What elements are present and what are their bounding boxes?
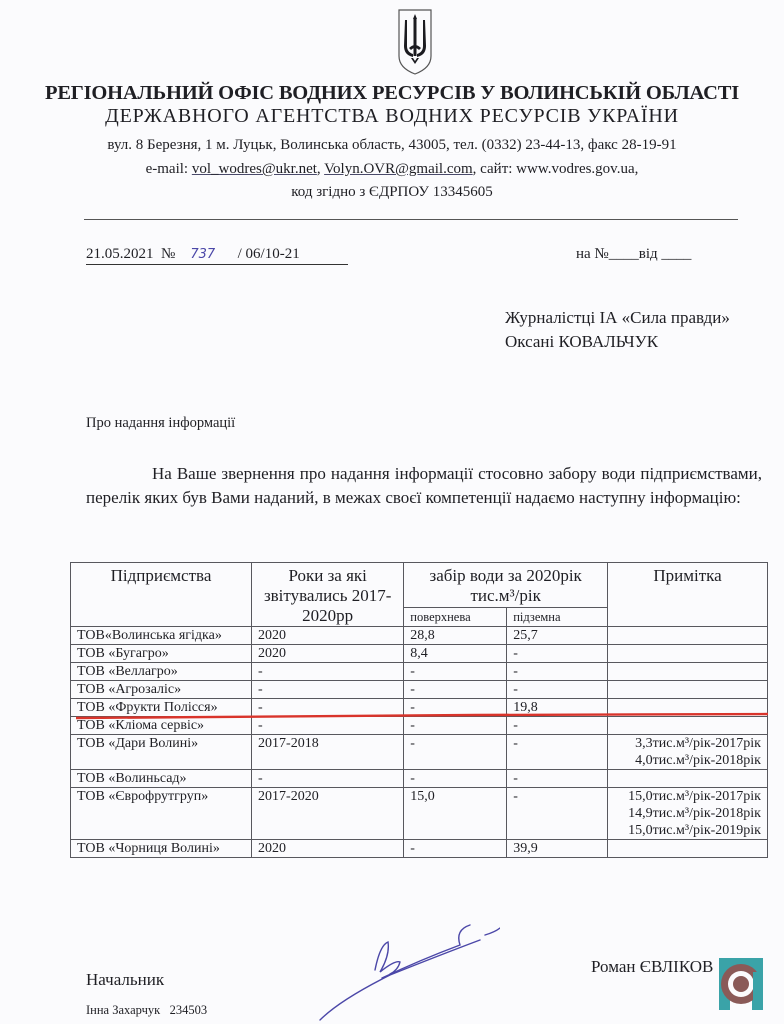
cell-years: -: [252, 663, 404, 681]
note-line: 3,3тис.м³/рік-2017рік: [614, 735, 761, 752]
header-intake-unit: тис.м³/рік: [470, 586, 540, 605]
publisher-logo-icon: [711, 950, 771, 1010]
cell-surface: 28,8: [404, 627, 507, 645]
header-intake-title: забір води за 2020рік: [430, 566, 582, 585]
email-label: e-mail:: [146, 161, 192, 177]
executor-info: Інна Захарчук 234503: [86, 1003, 207, 1018]
cell-company: ТОВ «Чорниця Волині»: [71, 840, 252, 858]
cell-note: [608, 840, 768, 858]
cell-surface: -: [404, 663, 507, 681]
cell-underground: -: [507, 645, 608, 663]
cell-underground: 25,7: [507, 627, 608, 645]
handwritten-signature: [300, 900, 500, 1024]
cell-surface: -: [404, 840, 507, 858]
cell-underground: -: [507, 735, 608, 770]
header-years: Роки за які звітувались 2017-2020рр: [252, 563, 404, 627]
website-text: , сайт: www.vodres.gov.ua,: [473, 161, 639, 177]
cell-note: [608, 681, 768, 699]
table-row: ТОВ «Чорниця Волині»2020-39,9: [71, 840, 768, 858]
cell-surface: -: [404, 770, 507, 788]
cell-underground: -: [507, 788, 608, 840]
number-sign: №: [161, 246, 175, 262]
cell-company: ТОВ «Дари Волині»: [71, 735, 252, 770]
cell-years: 2017-2020: [252, 788, 404, 840]
cell-company: ТОВ «Агрозаліс»: [71, 681, 252, 699]
cell-years: 2020: [252, 645, 404, 663]
table-row: ТОВ «Агрозаліс»---: [71, 681, 768, 699]
cell-note: 3,3тис.м³/рік-2017рік4,0тис.м³/рік-2018р…: [608, 735, 768, 770]
cell-years: 2017-2018: [252, 735, 404, 770]
header-underground: підземна: [507, 607, 608, 626]
letter-body: На Ваше звернення про надання інформації…: [86, 462, 762, 509]
cell-years: 2020: [252, 840, 404, 858]
note-line: 15,0тис.м³/рік-2019рік: [614, 822, 761, 839]
cell-underground: -: [507, 770, 608, 788]
org-name-line1: РЕГІОНАЛЬНИЙ ОФІС ВОДНИХ РЕСУРСІВ У ВОЛИ…: [0, 82, 784, 105]
ukraine-trident-icon: [397, 8, 433, 76]
org-contacts: e-mail: vol_wodres@ukr.net, Volyn.OVR@gm…: [0, 161, 784, 178]
handwritten-number: 737: [190, 247, 215, 262]
cell-underground: -: [507, 663, 608, 681]
cell-note: [608, 627, 768, 645]
header-divider: [84, 219, 738, 220]
red-highlight-stroke: [76, 712, 768, 720]
cell-surface: -: [404, 735, 507, 770]
signer-position: Начальник: [86, 970, 164, 990]
table-body: ТОВ«Волинська ягідка»202028,825,7ТОВ «Бу…: [71, 627, 768, 858]
header-company: Підприємства: [71, 563, 252, 627]
email-link-2[interactable]: Volyn.OVR@gmail.com: [324, 161, 473, 177]
addressee: Журналістці ІА «Сила правди» Оксані КОВА…: [505, 306, 730, 354]
cell-underground: 39,9: [507, 840, 608, 858]
registration-number: 21.05.2021 № 737 / 06/10-21: [86, 246, 300, 263]
cell-company: ТОВ «Бугагро»: [71, 645, 252, 663]
addressee-line2: Оксані КОВАЛЬЧУК: [505, 330, 730, 354]
table-row: ТОВ«Волинська ягідка»202028,825,7: [71, 627, 768, 645]
cell-note: [608, 770, 768, 788]
cell-company: ТОВ «Веллагро»: [71, 663, 252, 681]
org-name-line2: ДЕРЖАВНОГО АГЕНТСТВА ВОДНИХ РЕСУРСІВ УКР…: [0, 105, 784, 128]
addressee-line1: Журналістці ІА «Сила правди»: [505, 306, 730, 330]
note-line: 15,0тис.м³/рік-2017рік: [614, 788, 761, 805]
cell-years: -: [252, 770, 404, 788]
edrpou-code: код згідно з ЄДРПОУ 13345605: [0, 184, 784, 201]
header-note: Примітка: [608, 563, 768, 627]
cell-underground: -: [507, 681, 608, 699]
letter-subject: Про надання інформації: [86, 415, 235, 432]
cell-note: [608, 645, 768, 663]
header-intake: забір води за 2020ріктис.м³/рік: [404, 563, 608, 608]
note-line: 4,0тис.м³/рік-2018рік: [614, 752, 761, 769]
org-address: вул. 8 Березня, 1 м. Луцьк, Волинська об…: [0, 137, 784, 154]
cell-company: ТОВ «Єврофрутгруп»: [71, 788, 252, 840]
cell-surface: 8,4: [404, 645, 507, 663]
registration-underline: [86, 264, 348, 265]
cell-note: 15,0тис.м³/рік-2017рік14,9тис.м³/рік-201…: [608, 788, 768, 840]
table-row: ТОВ «Волиньсад»---: [71, 770, 768, 788]
note-line: 14,9тис.м³/рік-2018рік: [614, 805, 761, 822]
letter-date: 21.05.2021: [86, 246, 154, 262]
registration-suffix: / 06/10-21: [238, 246, 300, 262]
cell-years: 2020: [252, 627, 404, 645]
water-intake-table: Підприємства Роки за які звітувались 201…: [70, 562, 768, 858]
cell-surface: -: [404, 681, 507, 699]
cell-years: -: [252, 681, 404, 699]
table-row: ТОВ «Єврофрутгруп»2017-202015,0-15,0тис.…: [71, 788, 768, 840]
cell-surface: 15,0: [404, 788, 507, 840]
cell-company: ТОВ «Волиньсад»: [71, 770, 252, 788]
cell-note: [608, 663, 768, 681]
cell-company: ТОВ«Волинська ягідка»: [71, 627, 252, 645]
header-surface: поверхнева: [404, 607, 507, 626]
email-link-1[interactable]: vol_wodres@ukr.net: [192, 161, 317, 177]
signer-name: Роман ЄВЛІКОВ: [591, 957, 713, 977]
table-row: ТОВ «Бугагро»20208,4-: [71, 645, 768, 663]
table-row: ТОВ «Дари Волині»2017-2018--3,3тис.м³/рі…: [71, 735, 768, 770]
reference-number: на №____від ____: [576, 246, 691, 263]
table-row: ТОВ «Веллагро»---: [71, 663, 768, 681]
